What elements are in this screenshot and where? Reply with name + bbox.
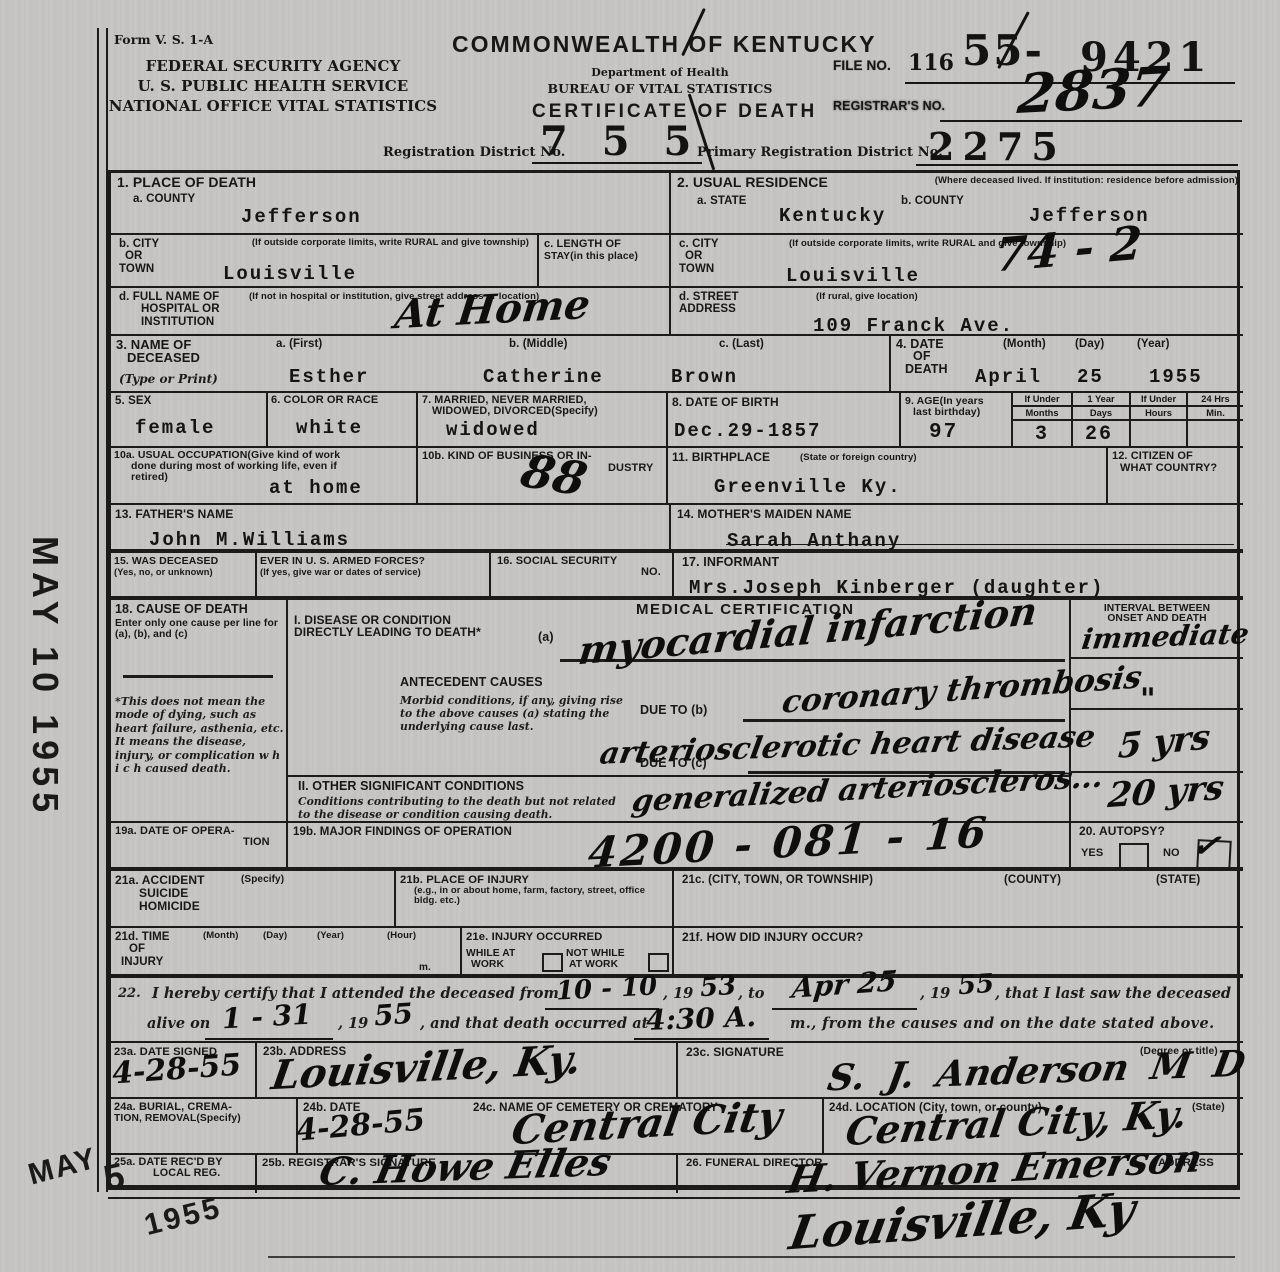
s3-middle-label: b. (Middle) xyxy=(509,338,568,350)
field-1-place-of-death: 1. PLACE OF DEATH a. COUNTY Jefferson xyxy=(111,173,671,235)
s20-yes-label: YES xyxy=(1081,848,1103,860)
s20-yes-checkbox xyxy=(1119,843,1149,869)
s21e-while-label2: WORK xyxy=(471,959,504,970)
s1-inst-label3: INSTITUTION xyxy=(141,316,214,328)
s22-hw-year2: 55 xyxy=(957,969,995,1001)
scan-bottom-edge xyxy=(268,1256,1235,1258)
s9-1year-header: 1 Year xyxy=(1073,393,1129,407)
field-17-informant: 17. INFORMANT Mrs.Joseph Kinberger (daug… xyxy=(674,553,1243,600)
stamp-may-10-1955: MAY 10 1955 xyxy=(24,536,66,818)
s1-city-label-or: OR xyxy=(125,250,142,262)
s18-title: 18. CAUSE OF DEATH xyxy=(115,603,248,617)
s3-middle-value: Catherine xyxy=(483,366,604,388)
field-8-date-of-birth: 8. DATE OF BIRTH Dec.29-1857 xyxy=(668,393,901,448)
s21a-label3: HOMICIDE xyxy=(139,900,200,913)
s16-label1: 16. SOCIAL SECURITY xyxy=(497,556,617,568)
s21e-not-label1: NOT WHILE xyxy=(566,948,625,959)
s2-city-label-town: TOWN xyxy=(679,263,714,275)
s2-state-value: Kentucky xyxy=(779,205,886,227)
field-9-under1yr-months: If Under Months 3 xyxy=(1013,393,1073,448)
s21e-not-checkbox xyxy=(648,953,669,972)
s2-state-label: a. STATE xyxy=(697,195,747,207)
s3-label3: (Type or Print) xyxy=(119,372,218,387)
s2-street-label1: d. STREET xyxy=(679,291,739,303)
s11-label: 11. BIRTHPLACE xyxy=(672,451,770,464)
s9-label2: last birthday) xyxy=(913,407,980,418)
s15-label4: (If yes, give war or dates of service) xyxy=(260,567,421,577)
s1-title: 1. PLACE OF DEATH xyxy=(117,175,256,190)
s2-street-value: 109 Franck Ave. xyxy=(813,315,1014,337)
agency-line1: FEDERAL SECURITY AGENCY xyxy=(108,58,438,74)
s4-year-label: (Year) xyxy=(1137,338,1170,350)
s21d-m-label: m. xyxy=(419,963,431,974)
s6-label: 6. COLOR OR RACE xyxy=(271,395,378,407)
s2-street-label2: ADDRESS xyxy=(679,303,736,315)
registrar-no-underline xyxy=(940,96,1242,122)
s21e-while-label1: WHILE AT xyxy=(466,948,515,959)
s22-hw-time: 4:30 A. xyxy=(645,1000,756,1037)
s21c-state-label: (STATE) xyxy=(1156,874,1200,886)
s3-first-value: Esther xyxy=(289,366,369,388)
s22-hw-from: 10 - 10 xyxy=(555,971,658,1006)
field-18-cause-of-death: 18. CAUSE OF DEATH Enter only one cause … xyxy=(111,600,288,823)
field-21a-accident: 21a. ACCIDENT (Specify) SUICIDE HOMICIDE xyxy=(111,871,396,928)
s23c-label: 23c. SIGNATURE xyxy=(686,1046,784,1059)
field-15-was-deceased: 15. WAS DECEASED (Yes, no, or unknown) xyxy=(111,553,257,600)
s5-value: female xyxy=(135,417,215,439)
s21a-label2: SUICIDE xyxy=(139,887,188,900)
field-19a-date-of-operation: 19a. DATE OF OPERA- TION xyxy=(111,823,288,871)
s14-label: 14. MOTHER'S MAIDEN NAME xyxy=(677,508,852,521)
s22-text1: I hereby certify that I attended the dec… xyxy=(152,985,559,1003)
hw-interval-a: immediate xyxy=(1080,617,1251,656)
field-1b-city: b. CITY (If outside corporate limits, wr… xyxy=(111,235,539,288)
s9-min-label: Min. xyxy=(1188,407,1243,421)
reg-district-underline xyxy=(532,140,702,164)
s2-city-value: Louisville xyxy=(786,265,920,287)
s17-label: 17. INFORMANT xyxy=(682,556,779,570)
mother-name-fill-line xyxy=(726,522,1234,545)
agency-line3: NATIONAL OFFICE VITAL STATISTICS xyxy=(108,98,438,114)
s12-label2: WHAT COUNTRY? xyxy=(1120,463,1217,475)
hw-interval-b-ditto: " xyxy=(1140,682,1156,717)
s1-inst-label1: d. FULL NAME OF xyxy=(119,291,219,303)
s15-label3: EVER IN U. S. ARMED FORCES? xyxy=(260,556,425,567)
s25a-label2: LOCAL REG. xyxy=(153,1168,220,1180)
s11-value: Greenville Ky. xyxy=(714,476,902,498)
s22-number: 22. xyxy=(118,986,141,1002)
s10b-label2: DUSTRY xyxy=(608,463,653,475)
s1-county-value: Jefferson xyxy=(241,206,362,228)
s22-text7: , 19 xyxy=(338,1015,368,1033)
s16-label2: NO. xyxy=(641,567,661,579)
s22-text5: , that I last saw the deceased xyxy=(995,985,1231,1003)
s4-day-value: 25 xyxy=(1077,366,1104,388)
s9-months-label: Months xyxy=(1013,407,1071,421)
s22-text6: alive on xyxy=(147,1015,210,1033)
s10a-label3: retired) xyxy=(131,472,168,483)
field-2c-city: c. CITY (If outside corporate limits, wr… xyxy=(671,235,1243,288)
s5-label: 5. SEX xyxy=(115,395,151,407)
s9-under1-header: If Under xyxy=(1013,393,1071,407)
s21d-label3: INJURY xyxy=(121,956,163,968)
med-i-label2: DIRECTLY LEADING TO DEATH* xyxy=(294,626,481,639)
s21d-hour-label: (Hour) xyxy=(387,931,416,941)
s21e-not-label2: AT WORK xyxy=(569,959,618,970)
registrar-no-label: REGISTRAR'S NO. xyxy=(833,100,945,114)
s3-label2: DECEASED xyxy=(127,351,200,365)
s21d-label1: 21d. TIME xyxy=(115,931,170,943)
s1-stay-label2: STAY(in this place) xyxy=(544,251,638,262)
s9-months-value: 3 xyxy=(1035,423,1049,446)
s21e-label: 21e. INJURY OCCURRED xyxy=(466,931,602,943)
s4-month-value: April xyxy=(975,366,1042,388)
s18-note1: Enter only one cause per line for (a), (… xyxy=(115,618,283,640)
s24a-label2: TION, REMOVAL(Specify) xyxy=(114,1113,241,1124)
s13-label: 13. FATHER'S NAME xyxy=(115,508,233,521)
field-9-age: 9. AGE(In years last birthday) 97 xyxy=(901,393,1013,448)
s4-month-label: (Month) xyxy=(1003,338,1046,350)
s1-city-note: (If outside corporate limits, write RURA… xyxy=(239,238,529,248)
field-13-fathers-name: 13. FATHER'S NAME John M.Williams xyxy=(111,505,671,553)
s1-inst-label2: HOSPITAL OR xyxy=(141,303,220,315)
s21d-year-label: (Year) xyxy=(317,931,344,941)
field-9-under24-hours: If Under Hours xyxy=(1131,393,1188,448)
s8-label: 8. DATE OF BIRTH xyxy=(672,396,779,409)
field-2d-street-address: d. STREET ADDRESS (If rural, give locati… xyxy=(671,288,1243,336)
primary-district-underline xyxy=(916,142,1238,166)
field-16-ssn: 16. SOCIAL SECURITY NO. xyxy=(491,553,674,600)
field-10a-occupation: 10a. USUAL OCCUPATION(Give kind of work … xyxy=(111,448,418,505)
s22-hw-year1: 53 xyxy=(699,971,737,1003)
s2-county-label: b. COUNTY xyxy=(901,195,964,207)
interval-line1 xyxy=(1071,657,1243,659)
agency-line2: U. S. PUBLIC HEALTH SERVICE xyxy=(108,78,438,94)
field-25a-date-received: 25a. DATE REC'D BY LOCAL REG. xyxy=(111,1155,257,1193)
s2-title: 2. USUAL RESIDENCE xyxy=(677,175,828,190)
s11-note: (State or foreign country) xyxy=(800,453,917,463)
s3-last-label: c. (Last) xyxy=(719,338,764,350)
s21c-county-label: (COUNTY) xyxy=(1004,874,1061,886)
field-21b-place-of-injury: 21b. PLACE OF INJURY (e.g., in or about … xyxy=(396,871,674,928)
s22-hw-year3: 55 xyxy=(373,997,414,1033)
s21e-while-checkbox xyxy=(542,953,563,972)
med-antecedent-note: Morbid conditions, if any, giving rise t… xyxy=(400,694,638,734)
s19a-label2: TION xyxy=(243,837,270,849)
file-no-label: FILE NO. xyxy=(833,59,891,74)
field-3-name-of-deceased: 3. NAME OF DECEASED (Type or Print) a. (… xyxy=(111,336,891,393)
s4-year-value: 1955 xyxy=(1149,366,1203,388)
s15-label2: (Yes, no, or unknown) xyxy=(114,567,213,577)
field-11-birthplace: 11. BIRTHPLACE (State or foreign country… xyxy=(668,448,1108,505)
s21d-month-label: (Month) xyxy=(203,931,239,941)
s18-note2: *This does not mean the mode of dying, s… xyxy=(115,695,285,775)
s1-city-label: b. CITY xyxy=(119,238,159,250)
field-9-under1yr-days: 1 Year Days 26 xyxy=(1073,393,1131,448)
s21c-label: 21c. (CITY, TOWN, OR TOWNSHIP) xyxy=(682,874,873,886)
field-12-citizen: 12. CITIZEN OF WHAT COUNTRY? xyxy=(1108,448,1243,505)
primary-district-label: Primary Registration District No. xyxy=(697,146,943,160)
med-ii-note: Conditions contributing to the death but… xyxy=(298,795,628,821)
field-5-sex: 5. SEX female xyxy=(111,393,268,448)
s18-divider xyxy=(123,675,273,678)
s1-city-value: Louisville xyxy=(223,263,357,285)
s9-value: 97 xyxy=(929,421,958,444)
s24d-state-label: (State) xyxy=(1192,1102,1225,1113)
hw-interval-ii: 20 yrs xyxy=(1106,768,1226,816)
s9-days-value: 26 xyxy=(1085,423,1113,446)
s1-stay-label1: c. LENGTH OF xyxy=(544,239,621,251)
s7-label2: WIDOWED, DIVORCED(Specify) xyxy=(432,406,598,418)
med-ii-title: II. OTHER SIGNIFICANT CONDITIONS xyxy=(298,780,524,794)
dept-of-health: Department of Health xyxy=(560,67,760,79)
s21d-day-label: (Day) xyxy=(263,931,287,941)
s15-label1: 15. WAS DECEASED xyxy=(114,556,218,567)
s2-city-label: c. CITY xyxy=(679,238,719,250)
s4-label3: DEATH xyxy=(905,363,948,377)
left-edge-rule xyxy=(97,28,108,1192)
s21f-label: 21f. HOW DID INJURY OCCUR? xyxy=(682,931,863,944)
bureau-title: BUREAU OF VITAL STATISTICS xyxy=(540,82,780,96)
s21a-note: (Specify) xyxy=(241,875,284,886)
s19b-label: 19b. MAJOR FINDINGS OF OPERATION xyxy=(293,826,512,838)
s17-value: Mrs.Joseph Kinberger (daughter) xyxy=(689,577,1104,599)
med-a-label: (a) xyxy=(538,631,554,645)
field-15-armed-forces: EVER IN U. S. ARMED FORCES? (If yes, giv… xyxy=(257,553,491,600)
field-4-date-of-death: 4. DATE OF DEATH (Month) (Day) (Year) Ap… xyxy=(891,336,1243,393)
s2-city-label-or: OR xyxy=(685,250,702,262)
s22-text9: m., from the causes and on the date stat… xyxy=(790,1015,1215,1033)
s20-no-label: NO xyxy=(1163,848,1180,860)
hw-autopsy-check: ✓ xyxy=(1190,825,1223,868)
field-24a-burial: 24a. BURIAL, CREMA- TION, REMOVAL(Specif… xyxy=(111,1099,298,1155)
commonwealth-title: COMMONWEALTH OF KENTUCKY xyxy=(452,32,876,57)
death-certificate-scan: Form V. S. 1-A FEDERAL SECURITY AGENCY U… xyxy=(0,0,1280,1272)
field-7-marital-status: 7. MARRIED, NEVER MARRIED, WIDOWED, DIVO… xyxy=(418,393,668,448)
field-21e-injury-occurred: 21e. INJURY OCCURRED WHILE AT WORK NOT W… xyxy=(462,928,674,978)
stamp-may-bottom: MAY xyxy=(25,1142,101,1193)
med-antecedent-title: ANTECEDENT CAUSES xyxy=(400,676,543,690)
s22-hw-alive: 1 - 31 xyxy=(221,998,312,1036)
hw-business-88: 88 xyxy=(515,444,592,506)
s21b-note: (e.g., in or about home, farm, factory, … xyxy=(414,886,666,907)
field-9-under24-min: 24 Hrs Min. xyxy=(1188,393,1243,448)
s2-street-note: (If rural, give location) xyxy=(816,292,918,302)
s4-day-label: (Day) xyxy=(1075,338,1104,350)
s22-text8: , and that death occurred at xyxy=(420,1015,648,1033)
form-number: Form V. S. 1-A xyxy=(114,33,213,47)
s19a-label1: 19a. DATE OF OPERA- xyxy=(115,826,235,838)
s22-text4: , 19 xyxy=(920,985,950,1003)
s13-value: John M.Williams xyxy=(149,529,350,551)
s6-value: white xyxy=(296,417,363,439)
field-6-color-or-race: 6. COLOR OR RACE white xyxy=(268,393,418,448)
s9-24hrs-header: 24 Hrs xyxy=(1188,393,1243,407)
s10a-value: at home xyxy=(269,477,363,499)
field-21c-city-county-state: 21c. (CITY, TOWN, OR TOWNSHIP) (COUNTY) … xyxy=(674,871,1243,928)
s1-city-label-town: TOWN xyxy=(119,263,154,275)
s1-county-label: a. COUNTY xyxy=(133,193,195,205)
interval-line2 xyxy=(1071,708,1243,710)
s9-under24-header: If Under xyxy=(1131,393,1186,407)
field-21d-time-of-injury: 21d. TIME OF INJURY (Month) (Day) (Year)… xyxy=(111,928,462,978)
s20-label: 20. AUTOPSY? xyxy=(1079,825,1165,838)
med-b-label: DUE TO (b) xyxy=(640,704,707,718)
s9-hours-label: Hours xyxy=(1131,407,1186,421)
s21a-label1: 21a. ACCIDENT xyxy=(115,874,205,887)
s22-text2: , 19 xyxy=(663,985,693,1003)
s3-last-value: Brown xyxy=(671,366,738,388)
field-1c-length-of-stay: c. LENGTH OF STAY(in this place) xyxy=(539,235,671,288)
s7-value: widowed xyxy=(446,419,540,441)
s8-value: Dec.29-1857 xyxy=(674,420,821,442)
s9-days-label: Days xyxy=(1073,407,1129,421)
field-2-usual-residence: 2. USUAL RESIDENCE (Where deceased lived… xyxy=(671,173,1243,235)
s2-note: (Where deceased lived. If institution: r… xyxy=(893,176,1238,186)
s3-first-label: a. (First) xyxy=(276,338,322,350)
s21d-label2: OF xyxy=(129,943,145,955)
